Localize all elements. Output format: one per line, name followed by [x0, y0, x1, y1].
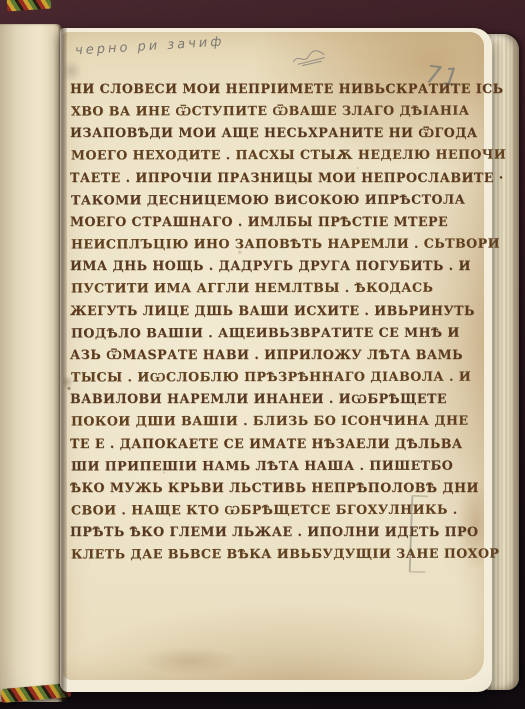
text-line: моего неходите . пасхы стыѫ неделю непоч… [71, 144, 469, 167]
text-line: тысы . иѡслоблю прѣзрѣннаго діавола . и [71, 366, 469, 389]
text-line: такоми десницемою високою ипрѣстола [71, 188, 469, 211]
manuscript-page: черно ри зачиф 71 ни словеси мои непріим… [60, 28, 492, 692]
text-line: пустити има аггли немлтвы . ѣкодась [71, 277, 469, 300]
text-line: вавилови наремли инанеи . иѡбрѣщете [70, 388, 468, 410]
endband-top [7, 0, 52, 12]
text-line: те е . дапокаете се имате нѣзаели дѣльва [70, 433, 468, 455]
text-line: покои дши вашіи . близь бо ісончина дне [71, 410, 469, 433]
gutter-shadow [58, 26, 67, 702]
text-line: хво ва ине ѿступите ѿваше злаго дѣіаніа [71, 100, 469, 123]
text-line: азь ѿмаѕрате нави . иприложу лѣта вамь [70, 344, 468, 366]
manuscript-text: ни словеси мои непріимете нивьскратите і… [70, 78, 468, 565]
page-surface: черно ри зачиф 71 ни словеси мои непріим… [63, 32, 484, 680]
pencil-note: черно ри зачиф [75, 34, 225, 58]
text-line: таете . ипрочіи празницы мои непрославит… [70, 167, 468, 189]
text-line: ши припешіи намь лѣта наша . пишетбо [71, 454, 469, 477]
text-line: има днь нощь . дадругь друга погубить . … [70, 255, 468, 277]
text-line: ѣко мужь крьви льстивь непрѣполовѣ дни [70, 477, 468, 499]
text-line: ни словеси мои непріимете нивьскратите і… [70, 78, 468, 100]
text-line: прѣть ѣко глеми льжае . иполни идеть про [70, 521, 468, 543]
text-line: неисплъцію ино заповѣть наремли . сьтвор… [71, 233, 469, 256]
text-line: моего страшнаго . имлбы прѣстіе мтере [70, 211, 468, 233]
manuscript-photo: черно ри зачиф 71 ни словеси мои непріим… [0, 0, 525, 709]
pencil-scribble-icon [290, 46, 333, 73]
text-line: жегуть лице дшь ваши исхите . ивьринуть [70, 300, 468, 322]
facing-page-edge [0, 24, 62, 702]
pencil-margin-bracket [409, 495, 429, 574]
text-line: подѣло вашіи . ащеивьзвратите се мнѣ и [71, 321, 469, 344]
text-line: изаповѣди мои аще несьхраните ни ѿгода [70, 122, 468, 144]
text-line: свои . наще кто ѡбрѣщетсе бгохулникь . [71, 499, 469, 522]
